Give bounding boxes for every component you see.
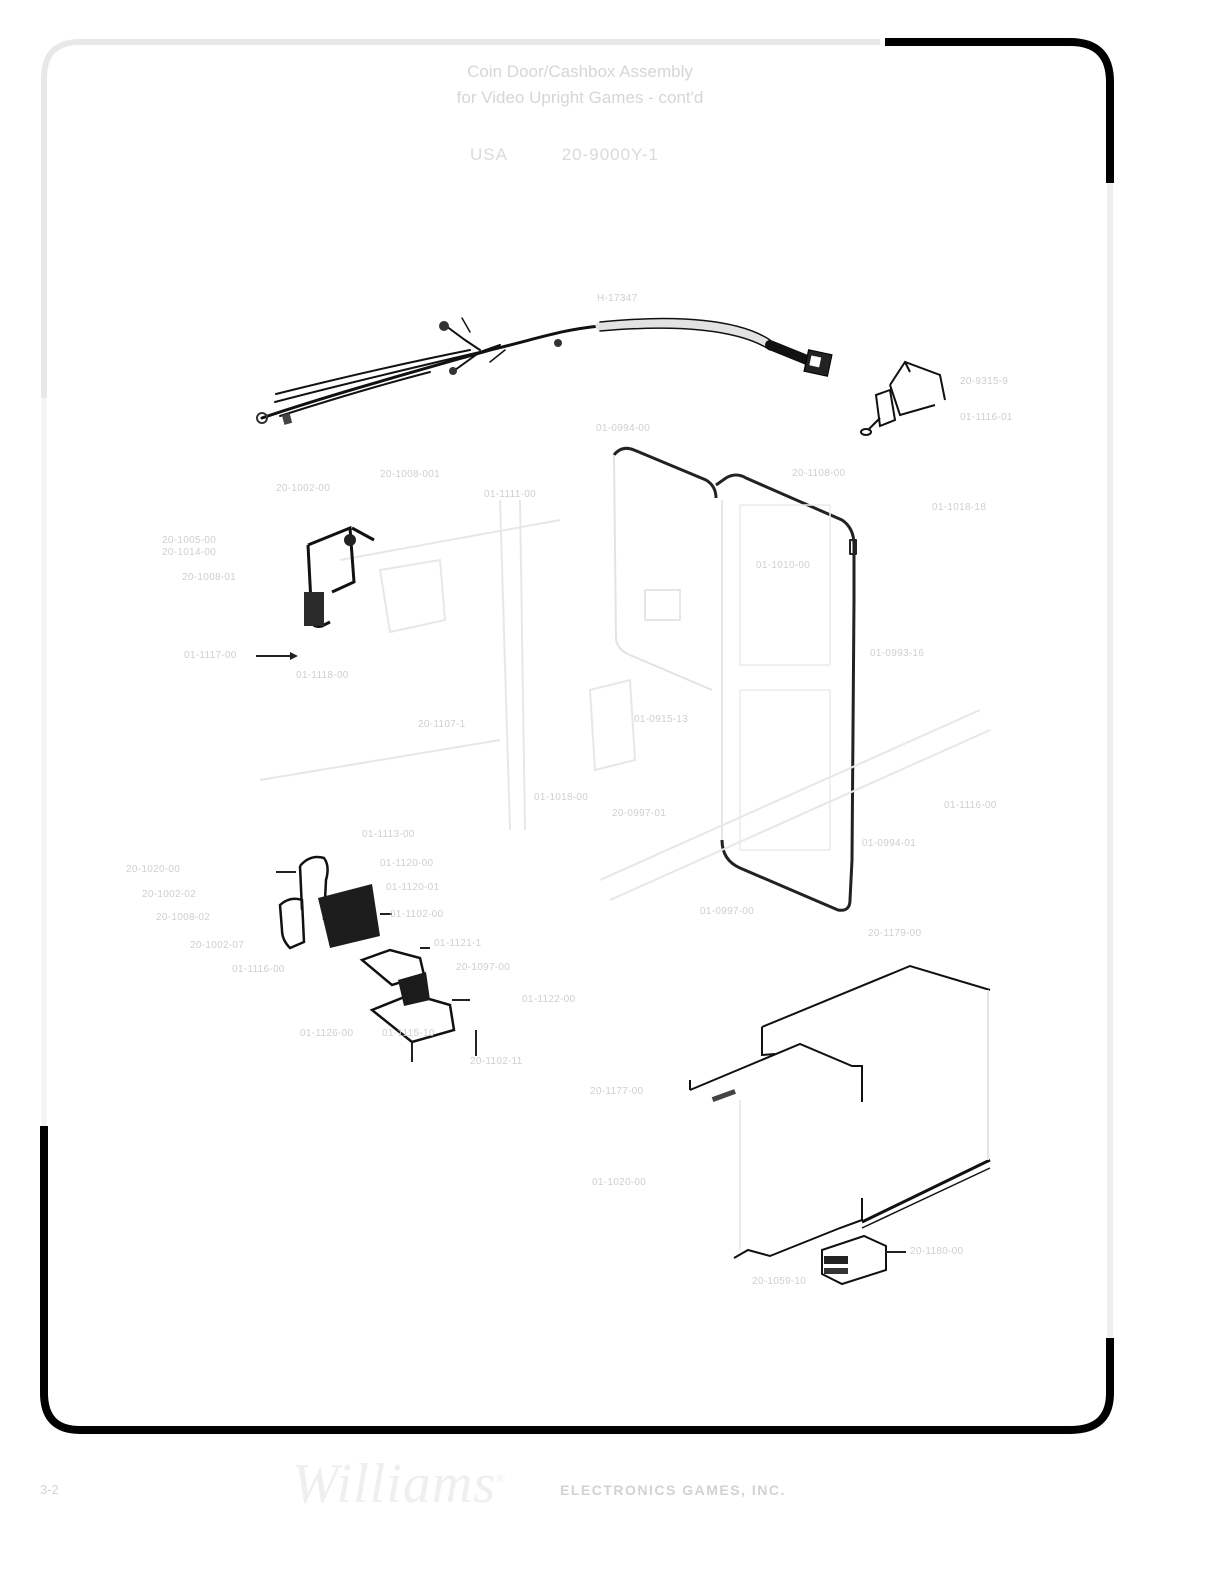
callout-coin-switch-4: 01-1121-1 bbox=[434, 938, 482, 949]
trademark-symbol: ® bbox=[496, 1471, 506, 1485]
exploded-diagram bbox=[0, 0, 1227, 1586]
callout-coin-switch-2: 01-1120-01 bbox=[386, 882, 439, 893]
callout-light-socket: 20-1008-001 bbox=[380, 469, 440, 480]
callout-spring-washer: 20-1014-00 bbox=[162, 547, 216, 558]
callout-coin-return: 01-1018-18 bbox=[932, 502, 986, 513]
callout-coin-lockout: 20-1108-00 bbox=[792, 468, 845, 479]
williams-logo: Williams® bbox=[292, 1452, 506, 1516]
callout-coin-chute: 01-1018-00 bbox=[534, 792, 588, 803]
callout-coin-switch-bracket: 20-1002-00 bbox=[276, 483, 330, 494]
callout-coin-entry: 20-0997-01 bbox=[612, 808, 666, 819]
callout-coin-screw-2: 01-1115-10 bbox=[382, 1028, 435, 1039]
callout-door-bottom-rail: 01-0997-00 bbox=[700, 906, 754, 917]
callout-coin-switch-1: 01-1120-00 bbox=[380, 858, 433, 869]
callout-cashbox-clip: 20-1059-10 bbox=[752, 1276, 806, 1287]
cashbox-lock-drawing bbox=[822, 1236, 906, 1284]
callout-coin-path-5: 01-1116-00 bbox=[232, 964, 285, 975]
callout-coin-path-2: 20-1002-02 bbox=[142, 889, 196, 900]
callout-cashbox: 01-1020-00 bbox=[592, 1177, 646, 1188]
callout-lock-switch: 20-9315-9 bbox=[960, 376, 1008, 387]
coin-switch-block bbox=[318, 884, 380, 948]
brand-name: Williams bbox=[292, 1453, 496, 1515]
page-number: 3-2 bbox=[40, 1482, 59, 1497]
callout-coin-plate: 01-1122-00 bbox=[522, 994, 575, 1005]
callout-wire-harness: H-17347 bbox=[597, 293, 637, 304]
callout-door-hinge: 01-0994-01 bbox=[862, 838, 916, 849]
callout-coin-path-3: 20-1008-02 bbox=[156, 912, 210, 923]
callout-coin-door-frame: 01-0994-00 bbox=[596, 423, 650, 434]
callout-lock-plate: 20-1107-1 bbox=[418, 719, 466, 730]
callout-cashbox-housing: 20-1179-00 bbox=[868, 928, 921, 939]
callout-cashbox-lock: 20-1180-00 bbox=[910, 1246, 963, 1257]
callout-coin-path-1: 20-1020-00 bbox=[126, 864, 180, 875]
callout-spring-clip: 20-1005-00 bbox=[162, 535, 216, 546]
callout-coin-door: 01-0993-16 bbox=[870, 648, 924, 659]
company-name: ELECTRONICS GAMES, INC. bbox=[560, 1482, 786, 1498]
callout-lock-cam: 01-1116-01 bbox=[960, 412, 1013, 423]
callout-coin-switch-5: 20-1097-00 bbox=[456, 962, 510, 973]
wire-harness-drawing bbox=[262, 318, 812, 418]
callout-coin-switch-actuator: 20-1008-01 bbox=[182, 572, 236, 583]
lock-switch-drawing bbox=[861, 362, 945, 435]
coin-door-drawing bbox=[614, 448, 856, 910]
callout-coin-mech: 01-0915-13 bbox=[634, 714, 688, 725]
callout-nut: 01-1118-00 bbox=[296, 670, 349, 681]
callout-cashbox-lid: 20-1177-00 bbox=[590, 1086, 643, 1097]
callout-screw: 01-1117-00 bbox=[184, 650, 237, 661]
callout-coin-screw-1: 01-1126-00 bbox=[300, 1028, 353, 1039]
cashbox-drawing bbox=[690, 966, 990, 1258]
callout-rail-bracket: 01-1116-00 bbox=[944, 800, 997, 811]
callout-coin-screw-3: 20-1102-11 bbox=[470, 1056, 523, 1067]
lock-plate-face bbox=[304, 592, 324, 626]
callout-coin-switch-3: 01-1102-00 bbox=[390, 909, 443, 920]
callout-coin-path-4: 20-1002-07 bbox=[190, 940, 244, 951]
callout-hardware-kit: 01-1113-00 bbox=[362, 829, 415, 840]
callout-side-rail: 01-1010-00 bbox=[756, 560, 810, 571]
ring-terminal bbox=[439, 321, 449, 331]
callout-mech-bracket: 01-1111-00 bbox=[484, 489, 536, 500]
